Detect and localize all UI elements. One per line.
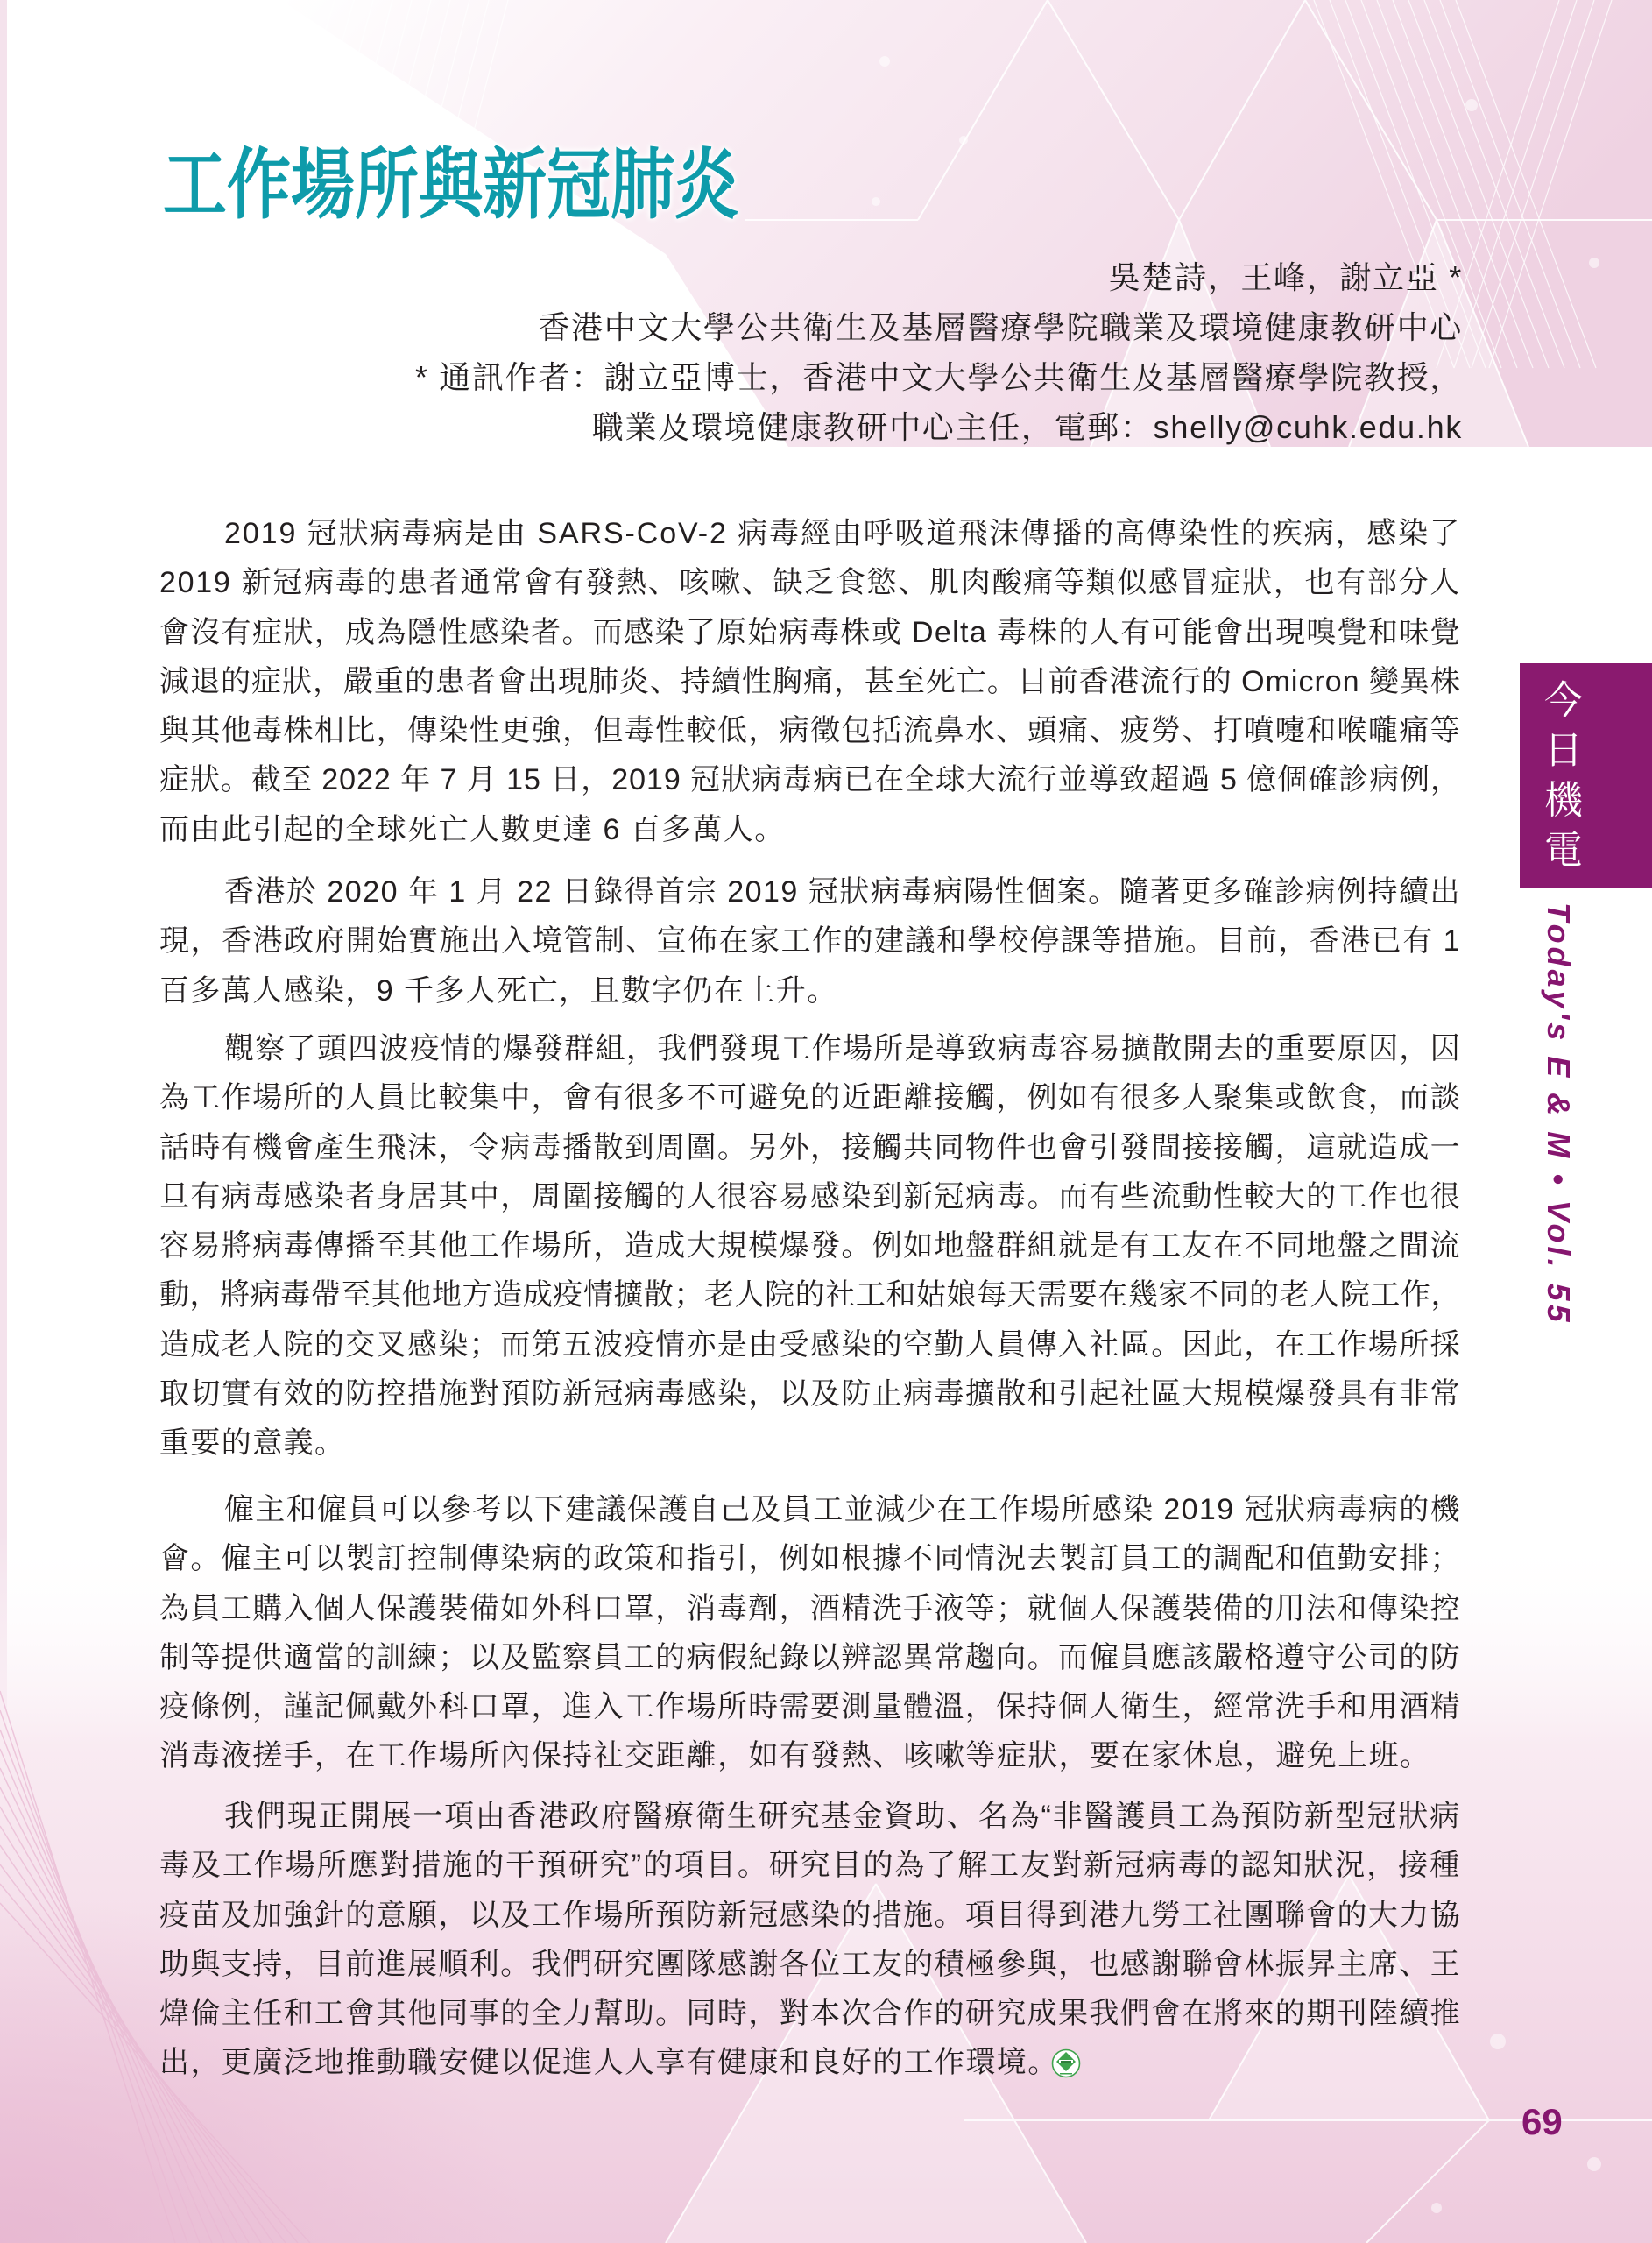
text-line: 為員工購入個人保護裝備如外科口罩，消毒劑，酒精洗手液等；就個人保護裝備的用法和傳…: [159, 1584, 1461, 1633]
text-line-content: 話時有機會產生飛沫，令病毒播散到周圍。另外，接觸共同物件也會引發間接接觸，這就造…: [159, 1131, 1461, 1164]
text-line: 出，更廣泛地推動職安健以促進人人享有健康和良好的工作環境。: [159, 2038, 1461, 2087]
text-line-content: 造成老人院的交叉感染；而第五波疫情亦是由受感染的空勤人員傳入社區。因此，在工作場…: [159, 1328, 1461, 1362]
text-line-content: 為員工購入個人保護裝備如外科口罩，消毒劑，酒精洗手液等；就個人保護裝備的用法和傳…: [159, 1592, 1461, 1625]
text-line: 我們現正開展一項由香港政府醫療衛生研究基金資助、名為“非醫護員工為預防新型冠狀病: [159, 1792, 1461, 1841]
text-line-content: 減退的症狀，嚴重的患者會出現肺炎、持續性胸痛，甚至死亡。目前香港流行的 Omic…: [159, 665, 1461, 698]
text-line: 觀察了頭四波疫情的爆發群組，我們發現工作場所是導致病毒容易擴散開去的重要原因，因: [159, 1024, 1461, 1073]
text-line: 現，香港政府開始實施出入境管制、宣佈在家工作的建議和學校停課等措施。目前，香港已…: [159, 916, 1461, 966]
text-line-content: 香港於 2020 年 1 月 22 日錄得首宗 2019 冠狀病毒病陽性個案。隨…: [224, 875, 1461, 909]
text-line-content: 我們現正開展一項由香港政府醫療衛生研究基金資助、名為“非醫護員工為預防新型冠狀病: [224, 1800, 1461, 1833]
text-line: 會。僱主可以製訂控制傳染病的政策和指引，例如根據不同情況去製訂員工的調配和值勤安…: [159, 1534, 1461, 1583]
text-line-content: 毒及工作場所應對措施的干預研究”的項目。研究目的為了解工友對新冠病毒的認知狀況，…: [159, 1849, 1461, 1882]
text-line: 香港於 2020 年 1 月 22 日錄得首宗 2019 冠狀病毒病陽性個案。隨…: [159, 867, 1461, 916]
text-line-content: 與其他毒株相比，傳染性更強，但毒性較低，病徵包括流鼻水、頭痛、疲勞、打噴嚏和喉嚨…: [159, 714, 1461, 747]
body-paragraph: 觀察了頭四波疫情的爆發群組，我們發現工作場所是導致病毒容易擴散開去的重要原因，因…: [159, 1024, 1461, 1468]
article-byline: 吳楚詩，王峰，謝立亞 * 香港中文大學公共衛生及基層醫療學院職業及環境健康教研中…: [415, 252, 1463, 452]
text-line: 動，將病毒帶至其他地方造成疫情擴散；老人院的社工和姑娘每天需要在幾家不同的老人院…: [159, 1270, 1461, 1320]
text-line-content: 觀察了頭四波疫情的爆發群組，我們發現工作場所是導致病毒容易擴散開去的重要原因，因: [224, 1032, 1461, 1065]
text-line-content: 會沒有症狀，成為隱性感染者。而感染了原始病毒株或 Delta 毒株的人有可能會出…: [159, 616, 1461, 649]
body-paragraph: 香港於 2020 年 1 月 22 日錄得首宗 2019 冠狀病毒病陽性個案。隨…: [159, 867, 1461, 1015]
magazine-name-vertical: 今 日 機 電: [1543, 676, 1585, 875]
text-line: 助與支持，目前進展順利。我們研究團隊感謝各位工友的積極參與，也感謝聯會林振昇主席…: [159, 1940, 1461, 1989]
body-paragraph: 僱主和僱員可以參考以下建議保護自己及員工並減少在工作場所感染 2019 冠狀病毒…: [159, 1485, 1461, 1781]
text-line-content: 旦有病毒感染者身居其中，周圍接觸的人很容易感染到新冠病毒。而有些流動性較大的工作…: [159, 1180, 1461, 1213]
text-line-content: 容易將病毒傳播至其他工作場所，造成大規模爆發。例如地盤群組就是有工友在不同地盤之…: [159, 1229, 1461, 1263]
text-line-content: 出，更廣泛地推動職安健以促進人人享有健康和良好的工作環境。: [159, 2046, 1059, 2079]
text-line-content: 症狀。截至 2022 年 7 月 15 日，2019 冠狀病毒病已在全球大流行並…: [159, 763, 1461, 796]
text-line: 消毒液搓手，在工作場所內保持社交距離，如有發熱、咳嗽等症狀，要在家休息，避免上班…: [159, 1731, 1461, 1780]
text-line: 疫苗及加強針的意願，以及工作場所預防新冠感染的措施。項目得到港九勞工社團聯會的大…: [159, 1891, 1461, 1940]
magazine-volume-label: Today's E & M • Vol. 55: [1539, 902, 1578, 1326]
text-line-content: 疫苗及加強針的意願，以及工作場所預防新冠感染的措施。項目得到港九勞工社團聯會的大…: [159, 1899, 1461, 1932]
text-line: 話時有機會產生飛沫，令病毒播散到周圍。另外，接觸共同物件也會引發間接接觸，這就造…: [159, 1123, 1461, 1172]
text-line: 煒倫主任和工會其他同事的全力幫助。同時，對本次合作的研究成果我們會在將來的期刊陸…: [159, 1989, 1461, 2038]
article-title: 工作場所與新冠肺炎: [163, 147, 738, 224]
text-line-content: 煒倫主任和工會其他同事的全力幫助。同時，對本次合作的研究成果我們會在將來的期刊陸…: [159, 1997, 1461, 2030]
text-line-content: 2019 新冠病毒的患者通常會有發熱、咳嗽、缺乏食慾、肌肉酸痛等類似感冒症狀，也…: [159, 566, 1461, 599]
text-line-content: 為工作場所的人員比較集中，會有很多不可避免的近距離接觸，例如有很多人聚集或飲食，…: [159, 1081, 1461, 1114]
text-line-content: 疫條例，謹記佩戴外科口罩，進入工作場所時需要測量體溫，保持個人衛生，經常洗手和用…: [159, 1690, 1461, 1723]
text-line: 百多萬人感染，9 千多人死亡，且數字仍在上升。: [159, 966, 1461, 1015]
text-line: 症狀。截至 2022 年 7 月 15 日，2019 冠狀病毒病已在全球大流行並…: [159, 755, 1461, 804]
tab-char: 今: [1543, 676, 1585, 725]
tab-char: 機: [1543, 775, 1585, 825]
text-line: 而由此引起的全球死亡人數更達 6 百多萬人。: [159, 805, 1461, 854]
text-line: 與其他毒株相比，傳染性更強，但毒性較低，病徵包括流鼻水、頭痛、疲勞、打噴嚏和喉嚨…: [159, 706, 1461, 755]
affiliation: 香港中文大學公共衛生及基層醫療學院職業及環境健康教研中心: [415, 302, 1463, 352]
text-line: 取切實有效的防控措施對預防新冠病毒感染，以及防止病毒擴散和引起社區大規模爆發具有…: [159, 1369, 1461, 1419]
text-line: 疫條例，謹記佩戴外科口罩，進入工作場所時需要測量體溫，保持個人衛生，經常洗手和用…: [159, 1682, 1461, 1731]
text-line: 容易將病毒傳播至其他工作場所，造成大規模爆發。例如地盤群組就是有工友在不同地盤之…: [159, 1221, 1461, 1270]
text-line: 旦有病毒感染者身居其中，周圍接觸的人很容易感染到新冠病毒。而有些流動性較大的工作…: [159, 1172, 1461, 1221]
text-line: 減退的症狀，嚴重的患者會出現肺炎、持續性胸痛，甚至死亡。目前香港流行的 Omic…: [159, 657, 1461, 706]
text-line-content: 僱主和僱員可以參考以下建議保護自己及員工並減少在工作場所感染 2019 冠狀病毒…: [224, 1493, 1461, 1526]
tab-char: 電: [1543, 825, 1585, 875]
magazine-section-tab: 今 日 機 電: [1520, 663, 1652, 888]
text-line-content: 制等提供適當的訓練；以及監察員工的病假紀錄以辨認異常趨向。而僱員應該嚴格遵守公司…: [159, 1641, 1461, 1674]
text-line-content: 動，將病毒帶至其他地方造成疫情擴散；老人院的社工和姑娘每天需要在幾家不同的老人院…: [159, 1278, 1461, 1312]
text-line: 僱主和僱員可以參考以下建議保護自己及員工並減少在工作場所感染 2019 冠狀病毒…: [159, 1485, 1461, 1534]
text-line-content: 現，香港政府開始實施出入境管制、宣佈在家工作的建議和學校停課等措施。目前，香港已…: [159, 924, 1461, 958]
text-line-content: 重要的意義。: [159, 1426, 345, 1460]
text-line-content: 會。僱主可以製訂控制傳染病的政策和指引，例如根據不同情況去製訂員工的調配和值勤安…: [159, 1542, 1461, 1575]
text-line: 毒及工作場所應對措施的干預研究”的項目。研究目的為了解工友對新冠病毒的認知狀況，…: [159, 1841, 1461, 1890]
body-paragraph: 我們現正開展一項由香港政府醫療衛生研究基金資助、名為“非醫護員工為預防新型冠狀病…: [159, 1792, 1461, 2088]
text-line-content: 百多萬人感染，9 千多人死亡，且數字仍在上升。: [159, 974, 838, 1008]
text-line: 會沒有症狀，成為隱性感染者。而感染了原始病毒株或 Delta 毒株的人有可能會出…: [159, 608, 1461, 657]
correspondence-line: * 通訊作者：謝立亞博士，香港中文大學公共衛生及基層醫療學院教授，: [415, 352, 1463, 402]
tab-char: 日: [1543, 725, 1585, 775]
text-line: 2019 新冠病毒的患者通常會有發熱、咳嗽、缺乏食慾、肌肉酸痛等類似感冒症狀，也…: [159, 558, 1461, 607]
text-line: 重要的意義。: [159, 1419, 1461, 1468]
text-line-content: 而由此引起的全球死亡人數更達 6 百多萬人。: [159, 813, 786, 846]
body-paragraph: 2019 冠狀病毒病是由 SARS-CoV-2 病毒經由呼吸道飛沫傳播的高傳染性…: [159, 509, 1461, 854]
text-line: 為工作場所的人員比較集中，會有很多不可避免的近距離接觸，例如有很多人聚集或飲食，…: [159, 1073, 1461, 1122]
text-line-content: 消毒液搓手，在工作場所內保持社交距離，如有發熱、咳嗽等症狀，要在家休息，避免上班…: [159, 1739, 1430, 1772]
text-line-content: 2019 冠狀病毒病是由 SARS-CoV-2 病毒經由呼吸道飛沫傳播的高傳染性…: [224, 517, 1461, 550]
text-line: 2019 冠狀病毒病是由 SARS-CoV-2 病毒經由呼吸道飛沫傳播的高傳染性…: [159, 509, 1461, 558]
correspondence-line: 職業及環境健康教研中心主任，電郵：shelly@cuhk.edu.hk: [415, 402, 1463, 452]
green-diamond-emblem-icon: [1051, 2048, 1081, 2079]
authors: 吳楚詩，王峰，謝立亞 *: [415, 252, 1463, 302]
magazine-page: 工作場所與新冠肺炎 吳楚詩，王峰，謝立亞 * 香港中文大學公共衛生及基層醫療學院…: [0, 0, 1652, 2243]
text-line-content: 助與支持，目前進展順利。我們研究團隊感謝各位工友的積極參與，也感謝聯會林振昇主席…: [159, 1948, 1461, 1981]
text-line-content: 取切實有效的防控措施對預防新冠病毒感染，以及防止病毒擴散和引起社區大規模爆發具有…: [159, 1377, 1461, 1411]
text-line: 制等提供適當的訓練；以及監察員工的病假紀錄以辨認異常趨向。而僱員應該嚴格遵守公司…: [159, 1633, 1461, 1682]
text-line: 造成老人院的交叉感染；而第五波疫情亦是由受感染的空勤人員傳入社區。因此，在工作場…: [159, 1320, 1461, 1369]
page-number: 69: [1521, 2104, 1563, 2140]
